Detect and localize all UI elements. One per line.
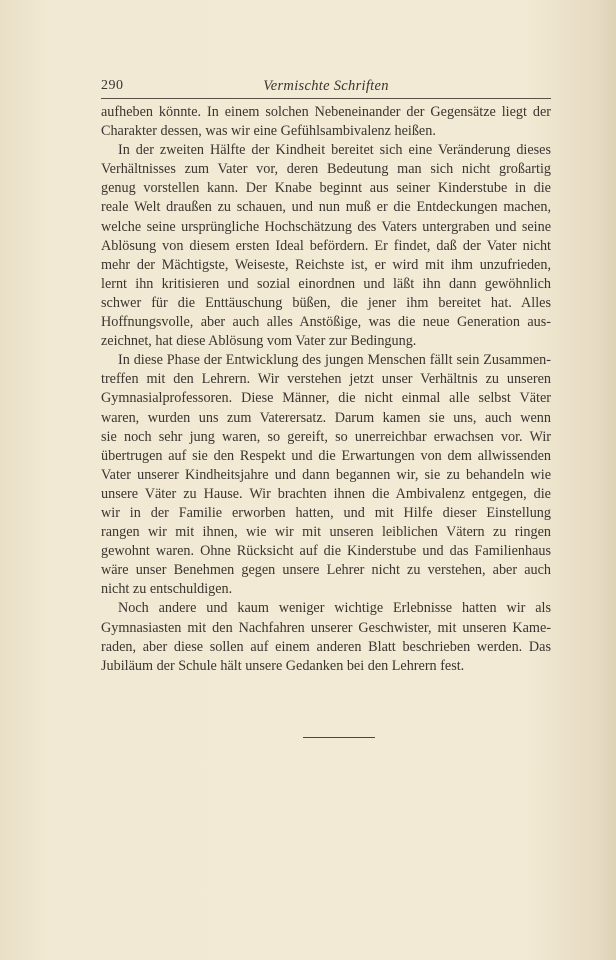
paragraph-1: aufheben könnte. In einem solchen Nebene… <box>101 103 551 141</box>
text-line: treffen mit den Lehrern. Wir verstehen j… <box>101 370 551 389</box>
text-line: wir in der Familie erworben hatten, und … <box>101 504 551 523</box>
text-line: Hoffnungsvolle, aber auch alles Anstößig… <box>101 313 551 332</box>
text-line: unsere Väter zu Hause. Wir brachten ihne… <box>101 485 551 504</box>
text-line: Ablösung von diesem ersten Ideal beförde… <box>101 237 551 256</box>
paragraph-2: In der zweiten Hälfte der Kindheit berei… <box>101 141 551 351</box>
text-line: genug vorstellen kann. Der Knabe beginnt… <box>101 179 551 198</box>
text-line: Vater unserer Kindheitsjahre und dann be… <box>101 466 551 485</box>
text-line: gewohnt waren. Ohne Rücksicht auf die Ki… <box>101 542 551 561</box>
text-line: raden, aber diese sollen auf einem ander… <box>101 638 551 657</box>
text-line: Charakter dessen, was wir eine Gefühlsam… <box>101 122 551 141</box>
text-line: In der zweiten Hälfte der Kindheit berei… <box>101 141 551 160</box>
text-line: In diese Phase der Entwicklung des junge… <box>101 351 551 370</box>
running-title: Vermischte Schriften <box>101 78 551 95</box>
text-line: reale Welt draußen zu schauen, und nun m… <box>101 198 551 217</box>
text-line: übertrugen auf sie den Respekt und die E… <box>101 447 551 466</box>
text-line: wäre unser Benehmen gegen unsere Lehrer … <box>101 561 551 580</box>
paragraph-4: Noch andere und kaum weniger wichtige Er… <box>101 599 551 675</box>
text-line: Verhältnisses zum Vater vor, deren Bedeu… <box>101 160 551 179</box>
running-head: 290 Vermischte Schriften <box>101 78 551 99</box>
text-line: lernt ihn kritisieren und sozial einordn… <box>101 275 551 294</box>
text-line: Jubiläum der Schule hält unsere Gedanken… <box>101 657 551 676</box>
text-line: welche seine ursprüngliche Hochschätzung… <box>101 218 551 237</box>
body-text: aufheben könnte. In einem solchen Nebene… <box>101 103 551 676</box>
paragraph-3: In diese Phase der Entwicklung des junge… <box>101 351 551 599</box>
text-line: Noch andere und kaum weniger wichtige Er… <box>101 599 551 618</box>
text-line: nicht zu entschuldigen. <box>101 580 551 599</box>
text-line: Gymnasiasten mit den Nachfahren unserer … <box>101 619 551 638</box>
text-line: mehr der Mächtigste, Weiseste, Reichste … <box>101 256 551 275</box>
text-line: aufheben könnte. In einem solchen Nebene… <box>101 103 551 122</box>
section-end-rule <box>303 737 375 738</box>
text-line: rangen wir mit ihnen, wie wir mit unsere… <box>101 523 551 542</box>
text-line: waren, wurden uns zum Vaterersatz. Darum… <box>101 409 551 428</box>
text-line: Gymnasialprofessoren. Diese Männer, die … <box>101 389 551 408</box>
book-page: 290 Vermischte Schriften aufheben könnte… <box>0 0 616 960</box>
text-line: sie noch sehr jung waren, so gereift, so… <box>101 428 551 447</box>
text-line: schwer für die Enttäuschung büßen, die j… <box>101 294 551 313</box>
text-line: zeichnet, hat diese Ablösung vom Vater z… <box>101 332 551 351</box>
